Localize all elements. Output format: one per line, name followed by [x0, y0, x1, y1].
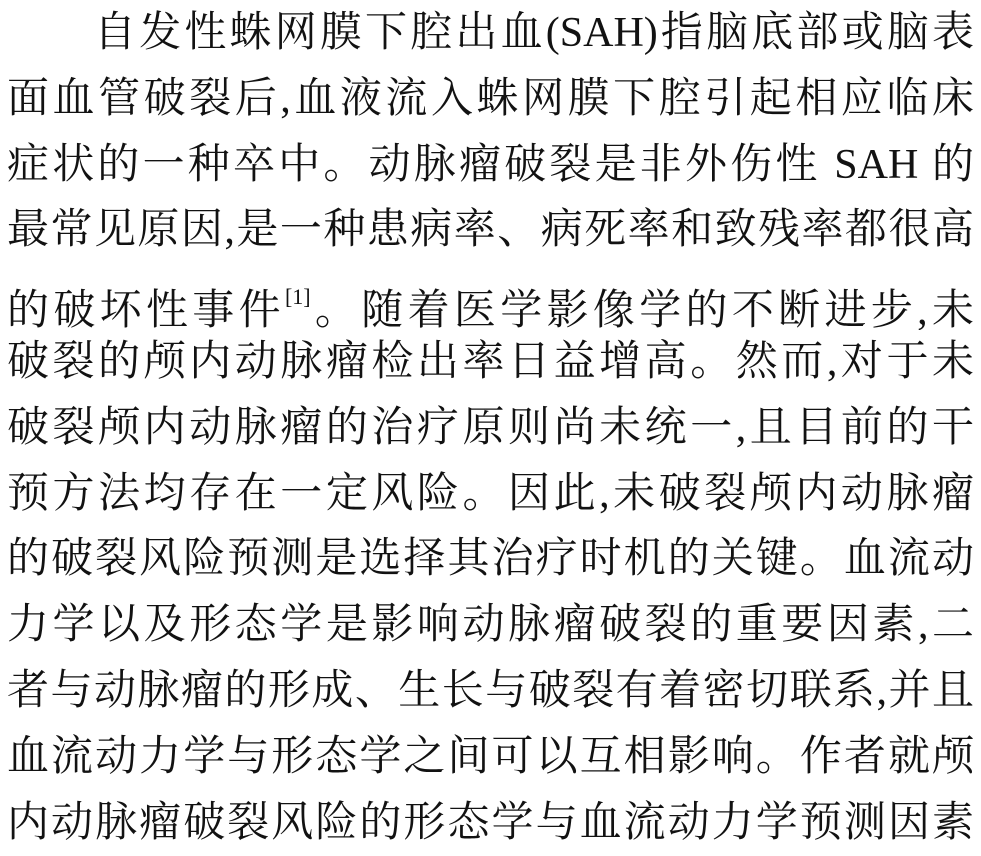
text-line-8: 预方法均存在一定风险。因此,未破裂颅内动脉瘤: [7, 462, 974, 528]
text-line-9: 的破裂风险预测是选择其治疗时机的关键。血流动: [7, 527, 974, 593]
text-line-4: 最常见原因,是一种患病率、病死率和致残率都很高: [7, 198, 974, 264]
citation-ref-1: [1]: [285, 284, 311, 309]
text-line-5-post: 。随着医学影像学的不断进步,未: [311, 288, 974, 330]
text-line-10: 力学以及形态学是影响动脉瘤破裂的重要因素,二: [7, 593, 974, 659]
text-line-13: 内动脉瘤破裂风险的形态学与血流动力学预测因素: [7, 791, 974, 856]
text-line-7: 破裂颅内动脉瘤的治疗原则尚未统一,且目前的干: [7, 396, 974, 462]
text-line-12: 血流动力学与形态学之间可以互相影响。作者就颅: [7, 725, 974, 791]
text-line-1: 自发性蛛网膜下腔出血(SAH)指脑底部或脑表: [7, 1, 974, 67]
text-line-5-pre: 的破坏性事件: [7, 288, 285, 330]
article-text-page: 自发性蛛网膜下腔出血(SAH)指脑底部或脑表 面血管破裂后,血液流入蛛网膜下腔引…: [0, 0, 981, 856]
text-line-5: 的破坏性事件[1]。随着医学影像学的不断进步,未: [7, 264, 974, 330]
text-line-2: 面血管破裂后,血液流入蛛网膜下腔引起相应临床: [7, 67, 974, 133]
text-line-6: 破裂的颅内动脉瘤检出率日益增高。然而,对于未: [7, 330, 974, 396]
text-line-11: 者与动脉瘤的形成、生长与破裂有着密切联系,并且: [7, 659, 974, 725]
text-line-3: 症状的一种卒中。动脉瘤破裂是非外伤性 SAH 的: [7, 133, 974, 199]
